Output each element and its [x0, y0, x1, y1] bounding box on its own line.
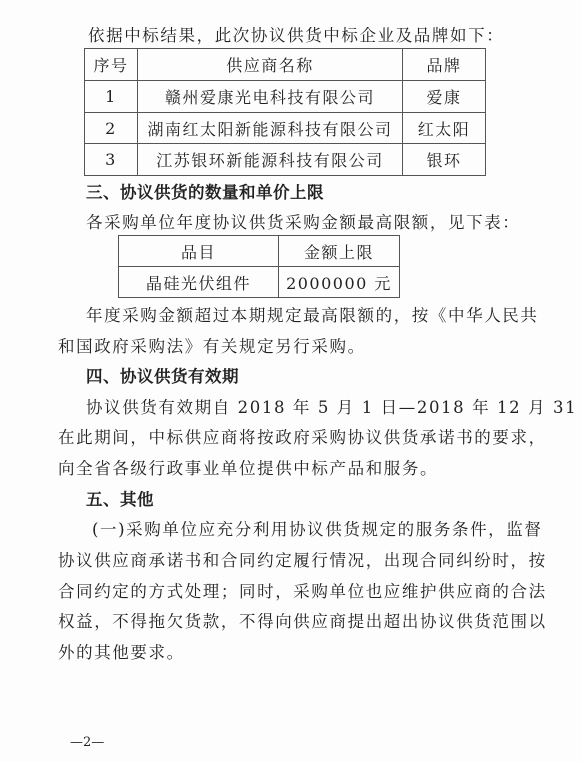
header-cell: 供应商名称	[138, 49, 403, 81]
section5-line3: 合同约定的方式处理；同时，采购单位也应维护供应商的合法	[58, 582, 547, 602]
table-cell: 湖南红太阳新能源科技有限公司	[138, 113, 403, 144]
section4-line1: 协议供货有效期自 2018 年 5 月 1 日—2018 年 12 月 31 日…	[86, 398, 581, 418]
table-row: 2 湖南红太阳新能源科技有限公司 红太阳	[85, 113, 486, 144]
table-cell: 1	[85, 81, 138, 113]
section5-line2: 协议供应商承诺书和合同约定履行情况，出现合同纠纷时，按	[58, 551, 547, 571]
table-cell: 2	[85, 113, 138, 144]
section5-line4: 权益，不得拖欠货款，不得向供应商提出超出协议供货范围以	[58, 612, 547, 632]
table-cell: 晶硅光伏组件	[119, 267, 279, 298]
table-cell: 3	[85, 144, 138, 176]
table-row: 3 江苏银环新能源科技有限公司 银环	[85, 144, 486, 176]
table-header-row: 品目 金额上限	[119, 236, 400, 267]
section3-para2-line1: 年度采购金额超过本期规定最高限额的，按《中华人民共	[86, 306, 539, 326]
section4-line2: 在此期间，中标供应商将按政府采购协议供货承诺书的要求，	[58, 428, 547, 448]
section3-para2-line2: 和国政府采购法》有关规定另行采购。	[58, 337, 366, 357]
table-cell: 红太阳	[403, 113, 486, 144]
table-cell: 爱康	[403, 81, 486, 113]
table-header-row: 序号 供应商名称 品牌	[85, 49, 486, 81]
section5-heading: 五、其他	[86, 490, 154, 510]
section5-line5: 外的其他要求。	[58, 643, 185, 663]
page-number: —2—	[70, 735, 104, 750]
table-row: 晶硅光伏组件 2000000 元	[119, 267, 400, 298]
section3-para1: 各采购单位年度协议供货采购金额最高限额，见下表：	[86, 213, 520, 233]
limit-table: 品目 金额上限 晶硅光伏组件 2000000 元	[118, 235, 400, 298]
table-row: 1 赣州爱康光电科技有限公司 爱康	[85, 81, 486, 113]
supplier-table: 序号 供应商名称 品牌 1 赣州爱康光电科技有限公司 爱康 2 湖南红太阳新能源…	[84, 48, 486, 176]
intro-text: 依据中标结果，此次协议供货中标企业及品牌如下：	[88, 26, 504, 46]
header-cell: 品牌	[403, 49, 486, 81]
section5-line1: (一)采购单位应充分利用协议供货规定的服务条件，监督	[92, 520, 542, 540]
header-cell: 序号	[85, 49, 138, 81]
table-cell: 2000000 元	[279, 267, 400, 298]
table-cell: 银环	[403, 144, 486, 176]
section4-line3: 向全省各级行政事业单位提供中标产品和服务。	[58, 459, 438, 479]
header-cell: 品目	[119, 236, 279, 267]
table-cell: 江苏银环新能源科技有限公司	[138, 144, 403, 176]
section3-heading: 三、协议供货的数量和单价上限	[86, 183, 324, 203]
table-cell: 赣州爱康光电科技有限公司	[138, 81, 403, 113]
header-cell: 金额上限	[279, 236, 400, 267]
section4-heading: 四、协议供货有效期	[86, 367, 239, 387]
